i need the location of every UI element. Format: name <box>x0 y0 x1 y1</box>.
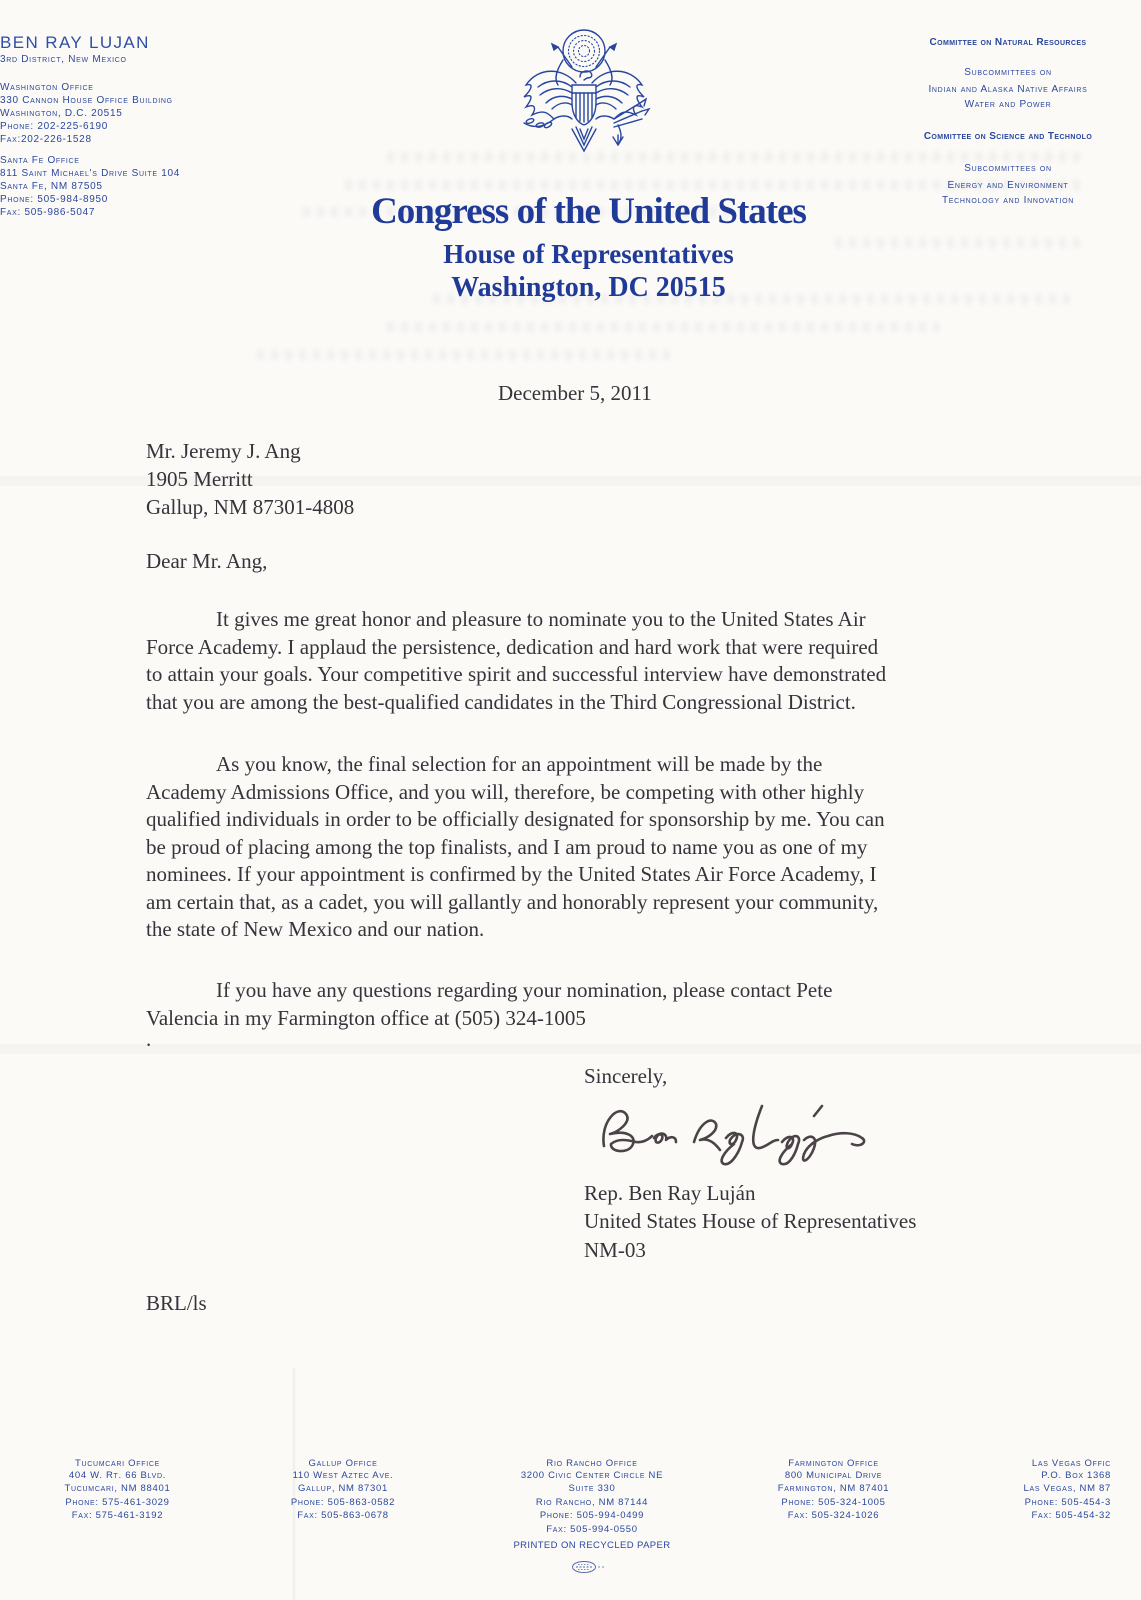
office-address: P.O. Box 1368 Las Vegas, NM 87 Phone: 50… <box>903 1469 1111 1523</box>
subcommittees-heading: Subcommittees on <box>872 163 1141 174</box>
washington-dc-line: Washington, DC 20515 <box>36 272 1141 304</box>
washington-office-address: 330 Cannon House Office Building Washing… <box>0 95 302 147</box>
letter-date: December 5, 2011 <box>498 381 652 406</box>
santa-fe-office-title: Santa Fe Office <box>0 155 302 166</box>
recycled-paper-note: PRINTED ON RECYCLED PAPER <box>472 1540 712 1551</box>
washington-office-title: Washington Office <box>0 82 302 93</box>
typist-initials: BRL/ls <box>146 1291 207 1316</box>
committee-title: Committee on Science and Technolo <box>872 131 1141 142</box>
bleed-through-artifact <box>380 322 940 332</box>
office-name: Tucumcari Office <box>0 1458 235 1469</box>
office-address: 110 West Aztec Ave. Gallup, NM 87301 Pho… <box>228 1469 458 1523</box>
scan-band <box>0 1044 1141 1054</box>
union-bug-icon <box>570 1560 610 1574</box>
recipient-address: Mr. Jeremy J. Ang 1905 Merritt Gallup, N… <box>146 437 354 521</box>
office-address: 404 W. Rt. 66 Blvd. Tucumcari, NM 88401 … <box>0 1469 235 1523</box>
bleed-through-artifact <box>250 350 670 360</box>
office-name: Las Vegas Offic <box>903 1458 1111 1469</box>
salutation: Dear Mr. Ang, <box>146 549 267 574</box>
closing: Sincerely, <box>584 1064 667 1089</box>
scanned-letter-page: BEN RAY LUJAN 3rd District, New Mexico W… <box>0 0 1141 1600</box>
bleed-through-artifact <box>380 152 1080 162</box>
member-district: 3rd District, New Mexico <box>0 54 302 65</box>
us-great-seal-icon <box>514 26 654 160</box>
body-paragraph-1: It gives me great honor and pleasure to … <box>146 606 1030 716</box>
congress-title: Congress of the United States <box>36 190 1141 233</box>
signature-handwriting: Ben Ray Luján <box>596 1094 888 1178</box>
office-name: Rio Rancho Office <box>472 1458 712 1469</box>
office-column-gallup: Gallup Office 110 West Aztec Ave. Gallup… <box>228 1458 458 1523</box>
stray-period: . <box>146 1027 151 1052</box>
body-paragraph-3: If you have any questions regarding your… <box>146 977 1030 1032</box>
signature-block: Rep. Ben Ray Luján United States House o… <box>584 1179 916 1264</box>
subcommittees-heading: Subcommittees on <box>872 67 1141 78</box>
member-name: BEN RAY LUJAN <box>0 33 302 53</box>
office-name: Gallup Office <box>228 1458 458 1469</box>
committee-title: Committee on Natural Resources <box>872 37 1141 48</box>
house-subtitle: House of Representatives <box>36 239 1141 270</box>
subcommittee-list: Indian and Alaska Native Affairs Water a… <box>872 82 1141 112</box>
office-address: 3200 Civic Center Circle NE Suite 330 Ri… <box>472 1469 712 1536</box>
office-column-rio-rancho: Rio Rancho Office 3200 Civic Center Circ… <box>472 1458 712 1536</box>
office-column-tucumcari: Tucumcari Office 404 W. Rt. 66 Blvd. Tuc… <box>0 1458 235 1523</box>
office-column-las-vegas: Las Vegas Offic P.O. Box 1368 Las Vegas,… <box>903 1458 1111 1523</box>
body-paragraph-2: As you know, the final selection for an … <box>146 751 1030 944</box>
